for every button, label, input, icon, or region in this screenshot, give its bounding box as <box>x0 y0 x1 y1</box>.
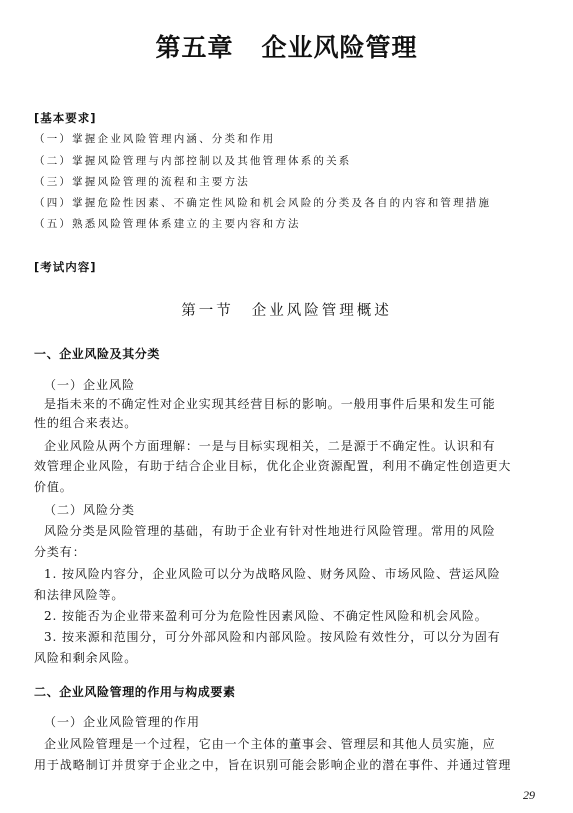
requirement-item: （二）掌握风险管理与内部控制以及其他管理体系的关系 <box>34 153 352 168</box>
part2-sub1-heading: （一）企业风险管理的作用 <box>44 713 200 730</box>
part1-sub1-heading: （一）企业风险 <box>44 376 135 393</box>
paragraph-line: 1. 按风险内容分，企业风险可以分为战略风险、财务风险、市场风险、营运风险 <box>44 565 501 582</box>
paragraph-line: 和法律风险等。 <box>34 586 124 603</box>
part2-heading: 二、企业风险管理的作用与构成要素 <box>34 683 236 700</box>
section-number: 第一节 <box>181 303 234 319</box>
requirement-item: （四）掌握危险性因素、不确定性风险和机会风险的分类及各自的内容和管理措施 <box>34 195 491 210</box>
page-number: 29 <box>523 788 535 803</box>
chapter-number: 第五章 <box>155 33 233 62</box>
paragraph-line: 性的组合来表达。 <box>34 414 137 431</box>
part1-heading: 一、企业风险及其分类 <box>34 345 160 362</box>
paragraph-line: 企业风险管理是一个过程，它由一个主体的董事会、管理层和其他人员实施，应 <box>44 735 496 752</box>
section-title: 第一节企业风险管理概述 <box>0 299 573 320</box>
chapter-name: 企业风险管理 <box>262 33 418 62</box>
paragraph-line: 分类有： <box>34 543 86 560</box>
paragraph-line: 3. 按来源和范围分，可分外部风险和内部风险。按风险有效性分，可以分为固有 <box>44 628 501 645</box>
paragraph-line: 用于战略制订并贯穿于企业之中，旨在识别可能会影响企业的潜在事件、并通过管理 <box>34 756 511 773</box>
requirement-item: （三）掌握风险管理的流程和主要方法 <box>34 174 250 189</box>
part1-sub2-heading: （二）风险分类 <box>44 501 135 518</box>
paragraph-line: 风险分类是风险管理的基础，有助于企业有针对性地进行风险管理。常用的风险 <box>44 522 496 539</box>
requirement-item: （一）掌握企业风险管理内涵、分类和作用 <box>34 131 275 146</box>
section-name: 企业风险管理概述 <box>252 303 392 319</box>
paragraph-line: 企业风险从两个方面理解：一是与目标实现相关，二是源于不确定性。认识和有 <box>44 437 496 454</box>
requirement-item: （五）熟悉风险管理体系建立的主要内容和方法 <box>34 216 301 231</box>
paragraph-line: 效管理企业风险，有助于结合企业目标，优化企业资源配置，利用不确定性创造更大 <box>34 457 511 474</box>
exam-content-heading: [考试内容] <box>34 259 97 275</box>
chapter-title: 第五章企业风险管理 <box>0 28 573 64</box>
paragraph-line: 2. 按能否为企业带来盈利可分为危险性因素风险、不确定性风险和机会风险。 <box>44 607 488 624</box>
paragraph-line: 风险和剩余风险。 <box>34 649 137 666</box>
requirements-heading: [基本要求] <box>34 110 97 126</box>
paragraph-line: 是指未来的不确定性对企业实现其经营目标的影响。一般用事件后果和发生可能 <box>44 395 496 412</box>
paragraph-line: 价值。 <box>34 478 73 495</box>
